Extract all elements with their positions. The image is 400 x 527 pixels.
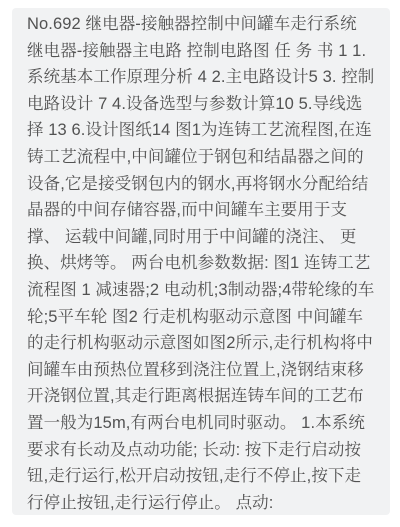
text-line: 行停止按钮,走行运行停止。 点动:: [27, 490, 382, 515]
text-line: 开浇钢位置,其走行距离根据连铸车间的工艺布: [27, 383, 382, 410]
text-line: 择 13 6.设计图纸14 图1为连铸工艺流程图,在连: [27, 117, 382, 144]
text-line: 设备,它是接受钢包内的钢水,再将钢水分配给结: [27, 171, 382, 198]
document-page: No.692 继电器-接触器控制中间罐车走行系统 继电器-接触器主电路 控制电路…: [0, 0, 400, 527]
text-line: 间罐车由预热位置移到浇注位置上,浇钢结束移: [27, 357, 382, 384]
text-line: 撑、 运载中间罐,同时用于中间罐的浇注、 更: [27, 224, 382, 251]
document-text-panel: No.692 继电器-接触器控制中间罐车走行系统 继电器-接触器主电路 控制电路…: [12, 8, 390, 515]
text-line: 要求有长动及点动功能; 长动: 按下走行启动按: [27, 437, 382, 464]
text-line: 置一般为15m,有两台电机同时驱动。 1.本系统: [27, 410, 382, 437]
text-line: No.692 继电器-接触器控制中间罐车走行系统: [27, 11, 382, 38]
text-line: 钮,走行运行,松开启动按钮,走行不停止,按下走: [27, 463, 382, 490]
text-line: 流程图 1 减速器;2 电动机;3制动器;4带轮缘的车: [27, 277, 382, 304]
text-line: 系统基本工作原理分析 4 2.主电路设计5 3. 控制: [27, 64, 382, 91]
text-line: 电路设计 7 4.设备选型与参数计算10 5.导线选: [27, 91, 382, 118]
text-line: 换、烘烤等。 两台电机参数数据: 图1 连铸工艺: [27, 250, 382, 277]
text-line: 轮;5平车轮 图2 行走机构驱动示意图 中间罐车: [27, 304, 382, 331]
text-line: 铸工艺流程中,中间罐位于钢包和结晶器之间的: [27, 144, 382, 171]
text-line: 继电器-接触器主电路 控制电路图 任 务 书 1 1.: [27, 38, 382, 65]
text-line: 的走行机构驱动示意图如图2所示,走行机构将中: [27, 330, 382, 357]
text-line: 晶器的中间存储容器,而中间罐车主要用于支: [27, 197, 382, 224]
